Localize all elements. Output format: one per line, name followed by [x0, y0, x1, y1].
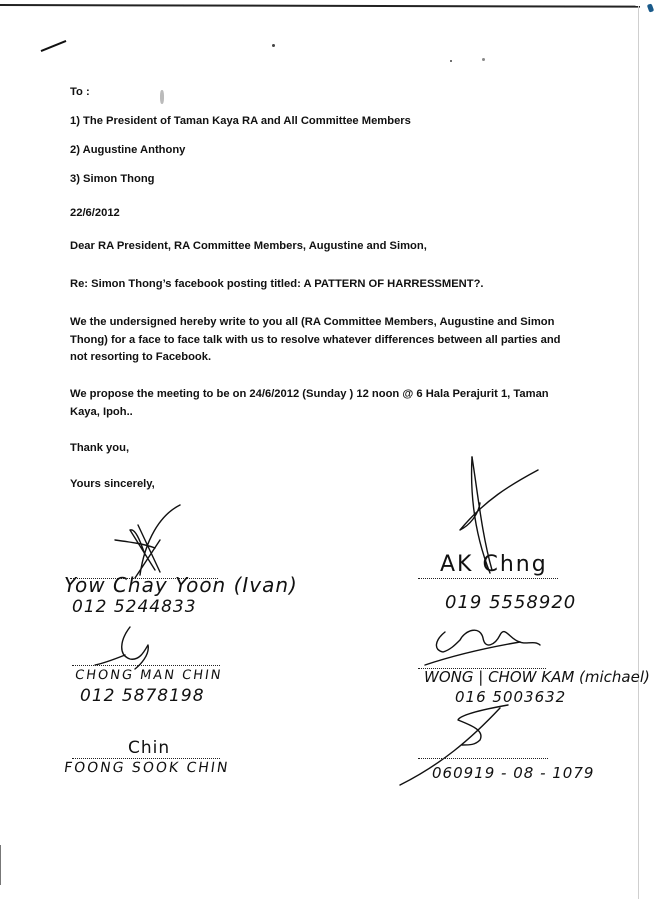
scan-speck [160, 90, 164, 104]
closing-sincerely: Yours sincerely, [70, 476, 155, 494]
recipient-1: 1) The President of Taman Kaya RA and Al… [70, 113, 411, 131]
handwritten-signature [425, 620, 575, 670]
signature-line [72, 665, 220, 666]
signatory-phone: 012 5878198 [80, 686, 205, 706]
signatory-name: FOONG SOOK CHIN [63, 760, 231, 776]
subject-line: Re: Simon Thong’s facebook posting title… [70, 276, 484, 294]
letter-date: 22/6/2012 [70, 205, 120, 223]
scan-corner-mark [647, 3, 654, 12]
recipient-2: 2) Augustine Anthony [70, 142, 185, 160]
greeting: Dear RA President, RA Committee Members,… [70, 238, 427, 256]
scan-edge-right [638, 6, 639, 899]
signature-initials: AK Chng [440, 552, 548, 577]
closing-thanks: Thank you, [70, 440, 129, 458]
signatory-name: CHONG MAN CHIN [74, 668, 224, 683]
to-label: To : [70, 84, 90, 102]
body-paragraph-2: We propose the meeting to be on 24/6/201… [70, 386, 570, 421]
handwritten-signature [100, 500, 190, 580]
signatory-phone: 019 5558920 [445, 592, 576, 613]
handwritten-signature [90, 625, 160, 670]
signatory-phone: 012 5244833 [72, 597, 197, 617]
body-paragraph-1: We the undersigned hereby write to you a… [70, 314, 570, 367]
recipient-3: 3) Simon Thong [70, 171, 155, 189]
scan-edge-top [0, 4, 640, 8]
signature-line [72, 758, 220, 759]
signatory-name: WONG | CHOW KAM (michael) [424, 668, 650, 686]
signature-line [418, 758, 548, 759]
scan-speck [482, 58, 485, 61]
scan-speck [272, 44, 275, 47]
signatory-ic-number: 060919 - 08 - 1079 [432, 764, 594, 782]
scan-edge-left [0, 845, 1, 885]
stray-pen-mark [41, 40, 67, 52]
handwritten-signature: Chin [128, 738, 170, 758]
signature-line [418, 578, 558, 579]
signatory-name: Yow Chay Yoon (Ivan) [64, 573, 298, 597]
scan-speck [450, 60, 452, 62]
